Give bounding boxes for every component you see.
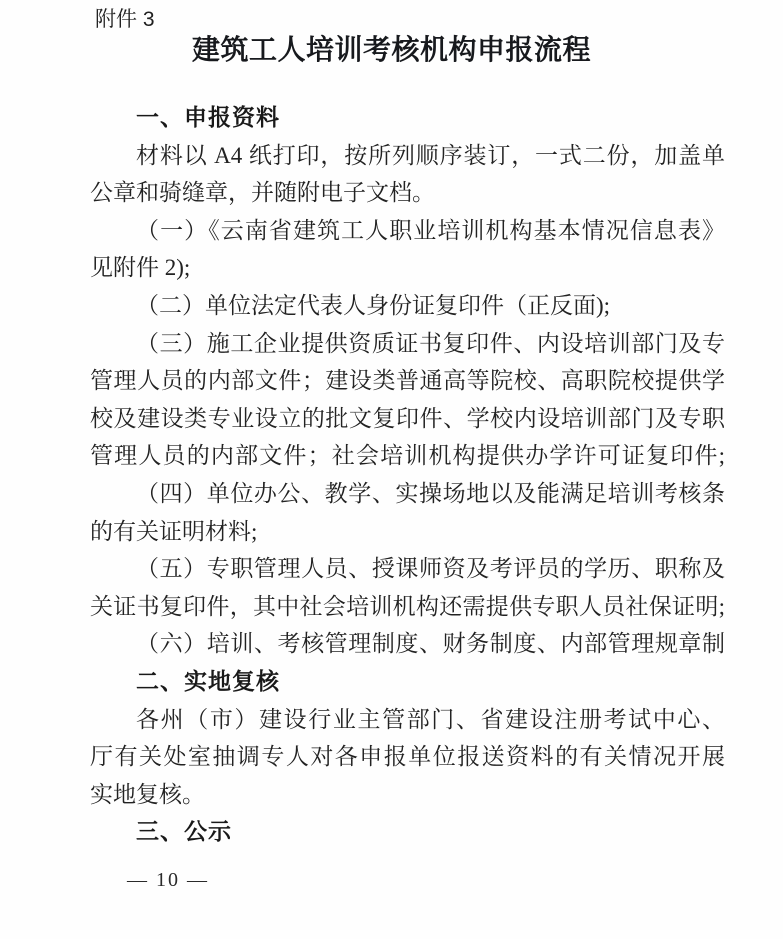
text-line: 三、公示: [90, 813, 725, 851]
text-line: （二）单位法定代表人身份证复印件（正反面);: [90, 287, 725, 325]
text-line: 见附件 2);: [90, 249, 725, 287]
document-page: 附件 3 建筑工人培训考核机构申报流程 一、申报资料材料以 A4 纸打印，按所列…: [0, 0, 783, 939]
text-line: 关证书复印件，其中社会培训机构还需提供专职人员社保证明;: [90, 588, 725, 626]
text-line: 一、申报资料: [90, 99, 725, 137]
text-line: 管理人员的内部文件；建设类普通高等院校、高职院校提供学: [90, 362, 725, 400]
text-line: 各州（市）建设行业主管部门、省建设注册考试中心、: [90, 701, 725, 739]
text-line: 校及建设类专业设立的批文复印件、学校内设培训部门及专职: [90, 400, 725, 438]
text-line: （三）施工企业提供资质证书复印件、内设培训部门及专职: [90, 325, 725, 363]
text-line: 材料以 A4 纸打印，按所列顺序装订，一式二份，加盖单位: [90, 137, 725, 175]
text-line: 公章和骑缝章，并随附电子文档。: [90, 174, 725, 212]
text-line: （六）培训、考核管理制度、财务制度、内部管理规章制度。: [90, 625, 725, 663]
text-line: 二、实地复核: [90, 663, 725, 701]
text-line: 实地复核。: [90, 776, 725, 814]
text-line: 的有关证明材料;: [90, 513, 725, 551]
text-line: （四）单位办公、教学、实操场地以及能满足培训考核条件: [90, 475, 725, 513]
text-line: 管理人员的内部文件；社会培训机构提供办学许可证复印件;: [90, 437, 725, 475]
text-line: 厅有关处室抽调专人对各申报单位报送资料的有关情况开展: [90, 738, 725, 776]
document-body: 一、申报资料材料以 A4 纸打印，按所列顺序装订，一式二份，加盖单位公章和骑缝章…: [90, 99, 725, 851]
page-number: — 10 —: [127, 869, 209, 892]
text-line: （一）《云南省建筑工人职业培训机构基本情况信息表》（详: [90, 212, 725, 250]
page-title: 建筑工人培训考核机构申报流程: [0, 28, 783, 68]
text-line: （五）专职管理人员、授课师资及考评员的学历、职称及相: [90, 550, 725, 588]
